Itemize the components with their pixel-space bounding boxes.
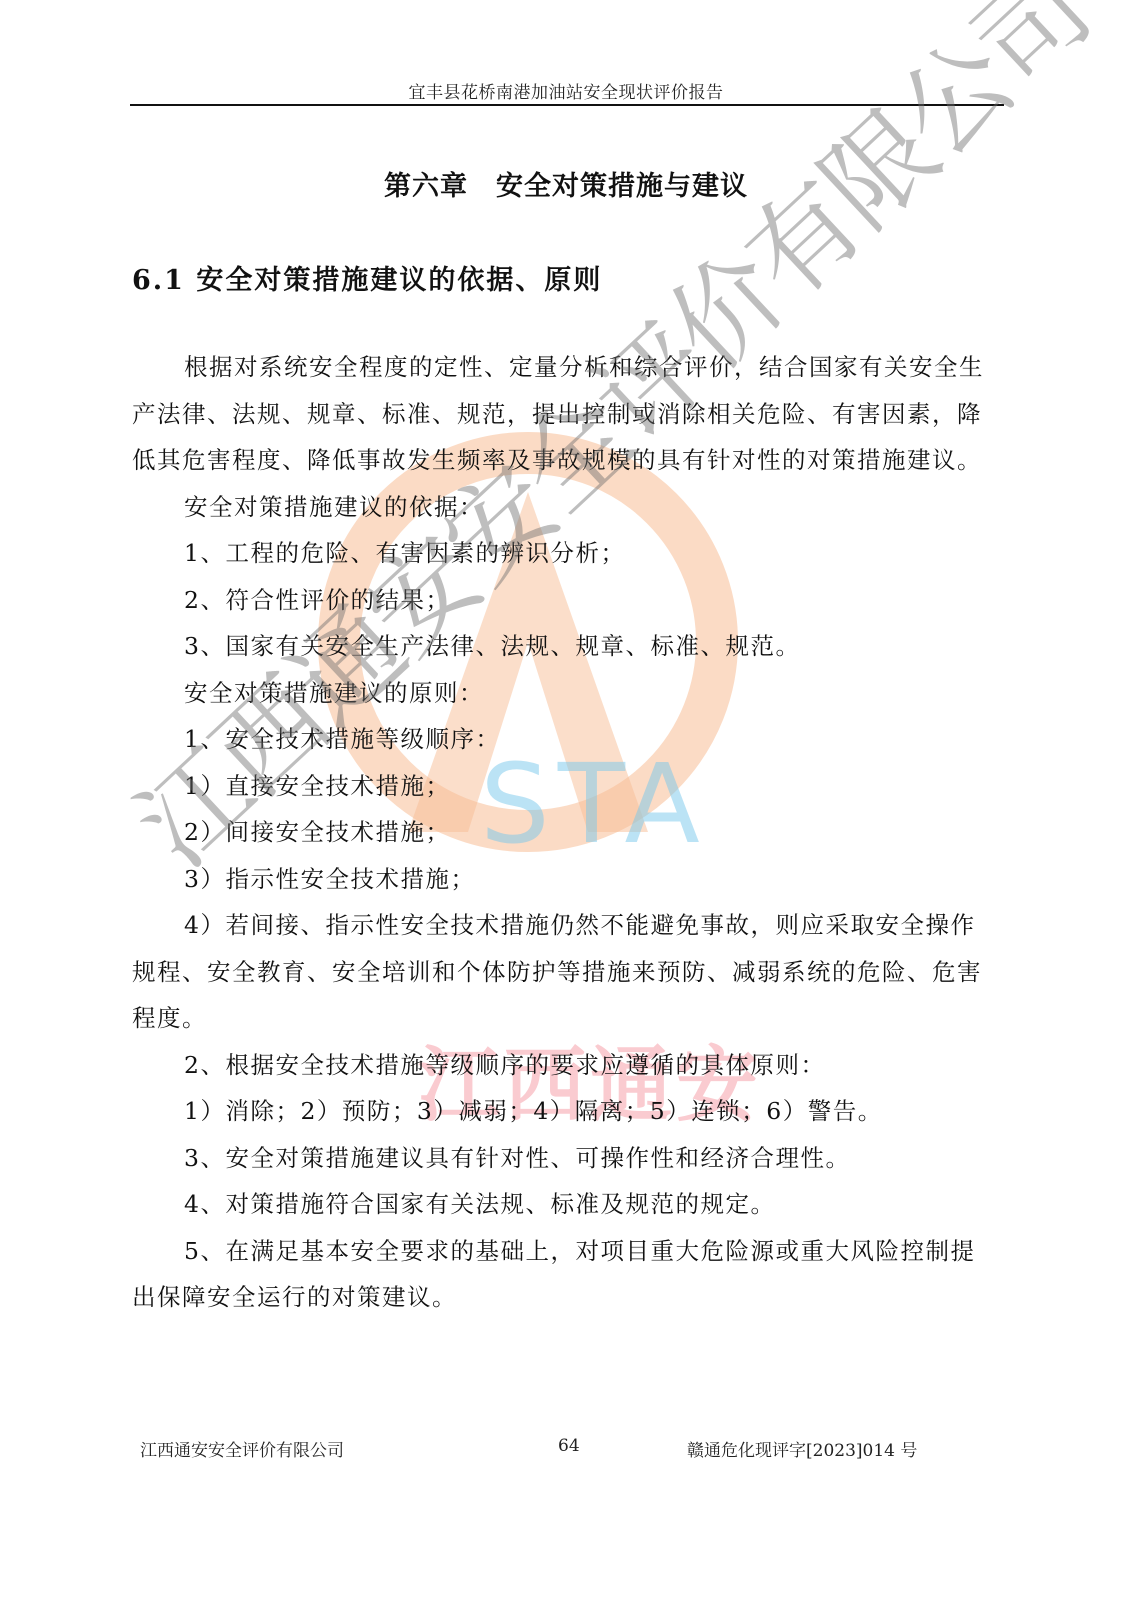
list-item: 4）若间接、指示性安全技术措施仍然不能避免事故，则应采取安全操作规程、安全教育、… [132,902,994,1042]
body-text: 根据对系统安全程度的定性、定量分析和综合评价，结合国家有关安全生产法律、法规、规… [132,344,994,1321]
header-rule [130,104,1004,106]
list-item: 1）直接安全技术措施； [132,763,994,810]
footer-doc-code: 赣通危化现评字[2023]014 号 [687,1436,917,1461]
page-number: 64 [558,1436,580,1456]
running-header-title: 宜丰县花桥南港加油站安全现状评价报告 [130,78,1002,103]
list-item: 4、对策措施符合国家有关法规、标准及规范的规定。 [132,1181,994,1228]
list-item: 3、国家有关安全生产法律、法规、规章、标准、规范。 [132,623,994,670]
footer-company: 江西通安安全评价有限公司 [140,1436,344,1461]
paragraph-intro: 根据对系统安全程度的定性、定量分析和综合评价，结合国家有关安全生产法律、法规、规… [132,344,994,484]
paragraph-basis-heading: 安全对策措施建议的依据： [132,484,994,531]
list-item: 1）消除；2）预防；3）减弱；4）隔离；5）连锁；6）警告。 [132,1088,994,1135]
list-item: 1、安全技术措施等级顺序： [132,716,994,763]
list-item: 2、符合性评价的结果； [132,577,994,624]
paragraph-principles-heading: 安全对策措施建议的原则： [132,670,994,717]
list-item: 2）间接安全技术措施； [132,809,994,856]
list-item: 1、工程的危险、有害因素的辨识分析； [132,530,994,577]
list-item: 3、安全对策措施建议具有针对性、可操作性和经济合理性。 [132,1135,994,1182]
section-title: 6.1 安全对策措施建议的依据、原则 [132,258,602,297]
chapter-title: 第六章 安全对策措施与建议 [130,164,1002,203]
list-item: 2、根据安全技术措施等级顺序的要求应遵循的具体原则： [132,1042,994,1089]
list-item: 5、在满足基本安全要求的基础上，对项目重大危险源或重大风险控制提出保障安全运行的… [132,1228,994,1321]
list-item: 3）指示性安全技术措施； [132,856,994,903]
